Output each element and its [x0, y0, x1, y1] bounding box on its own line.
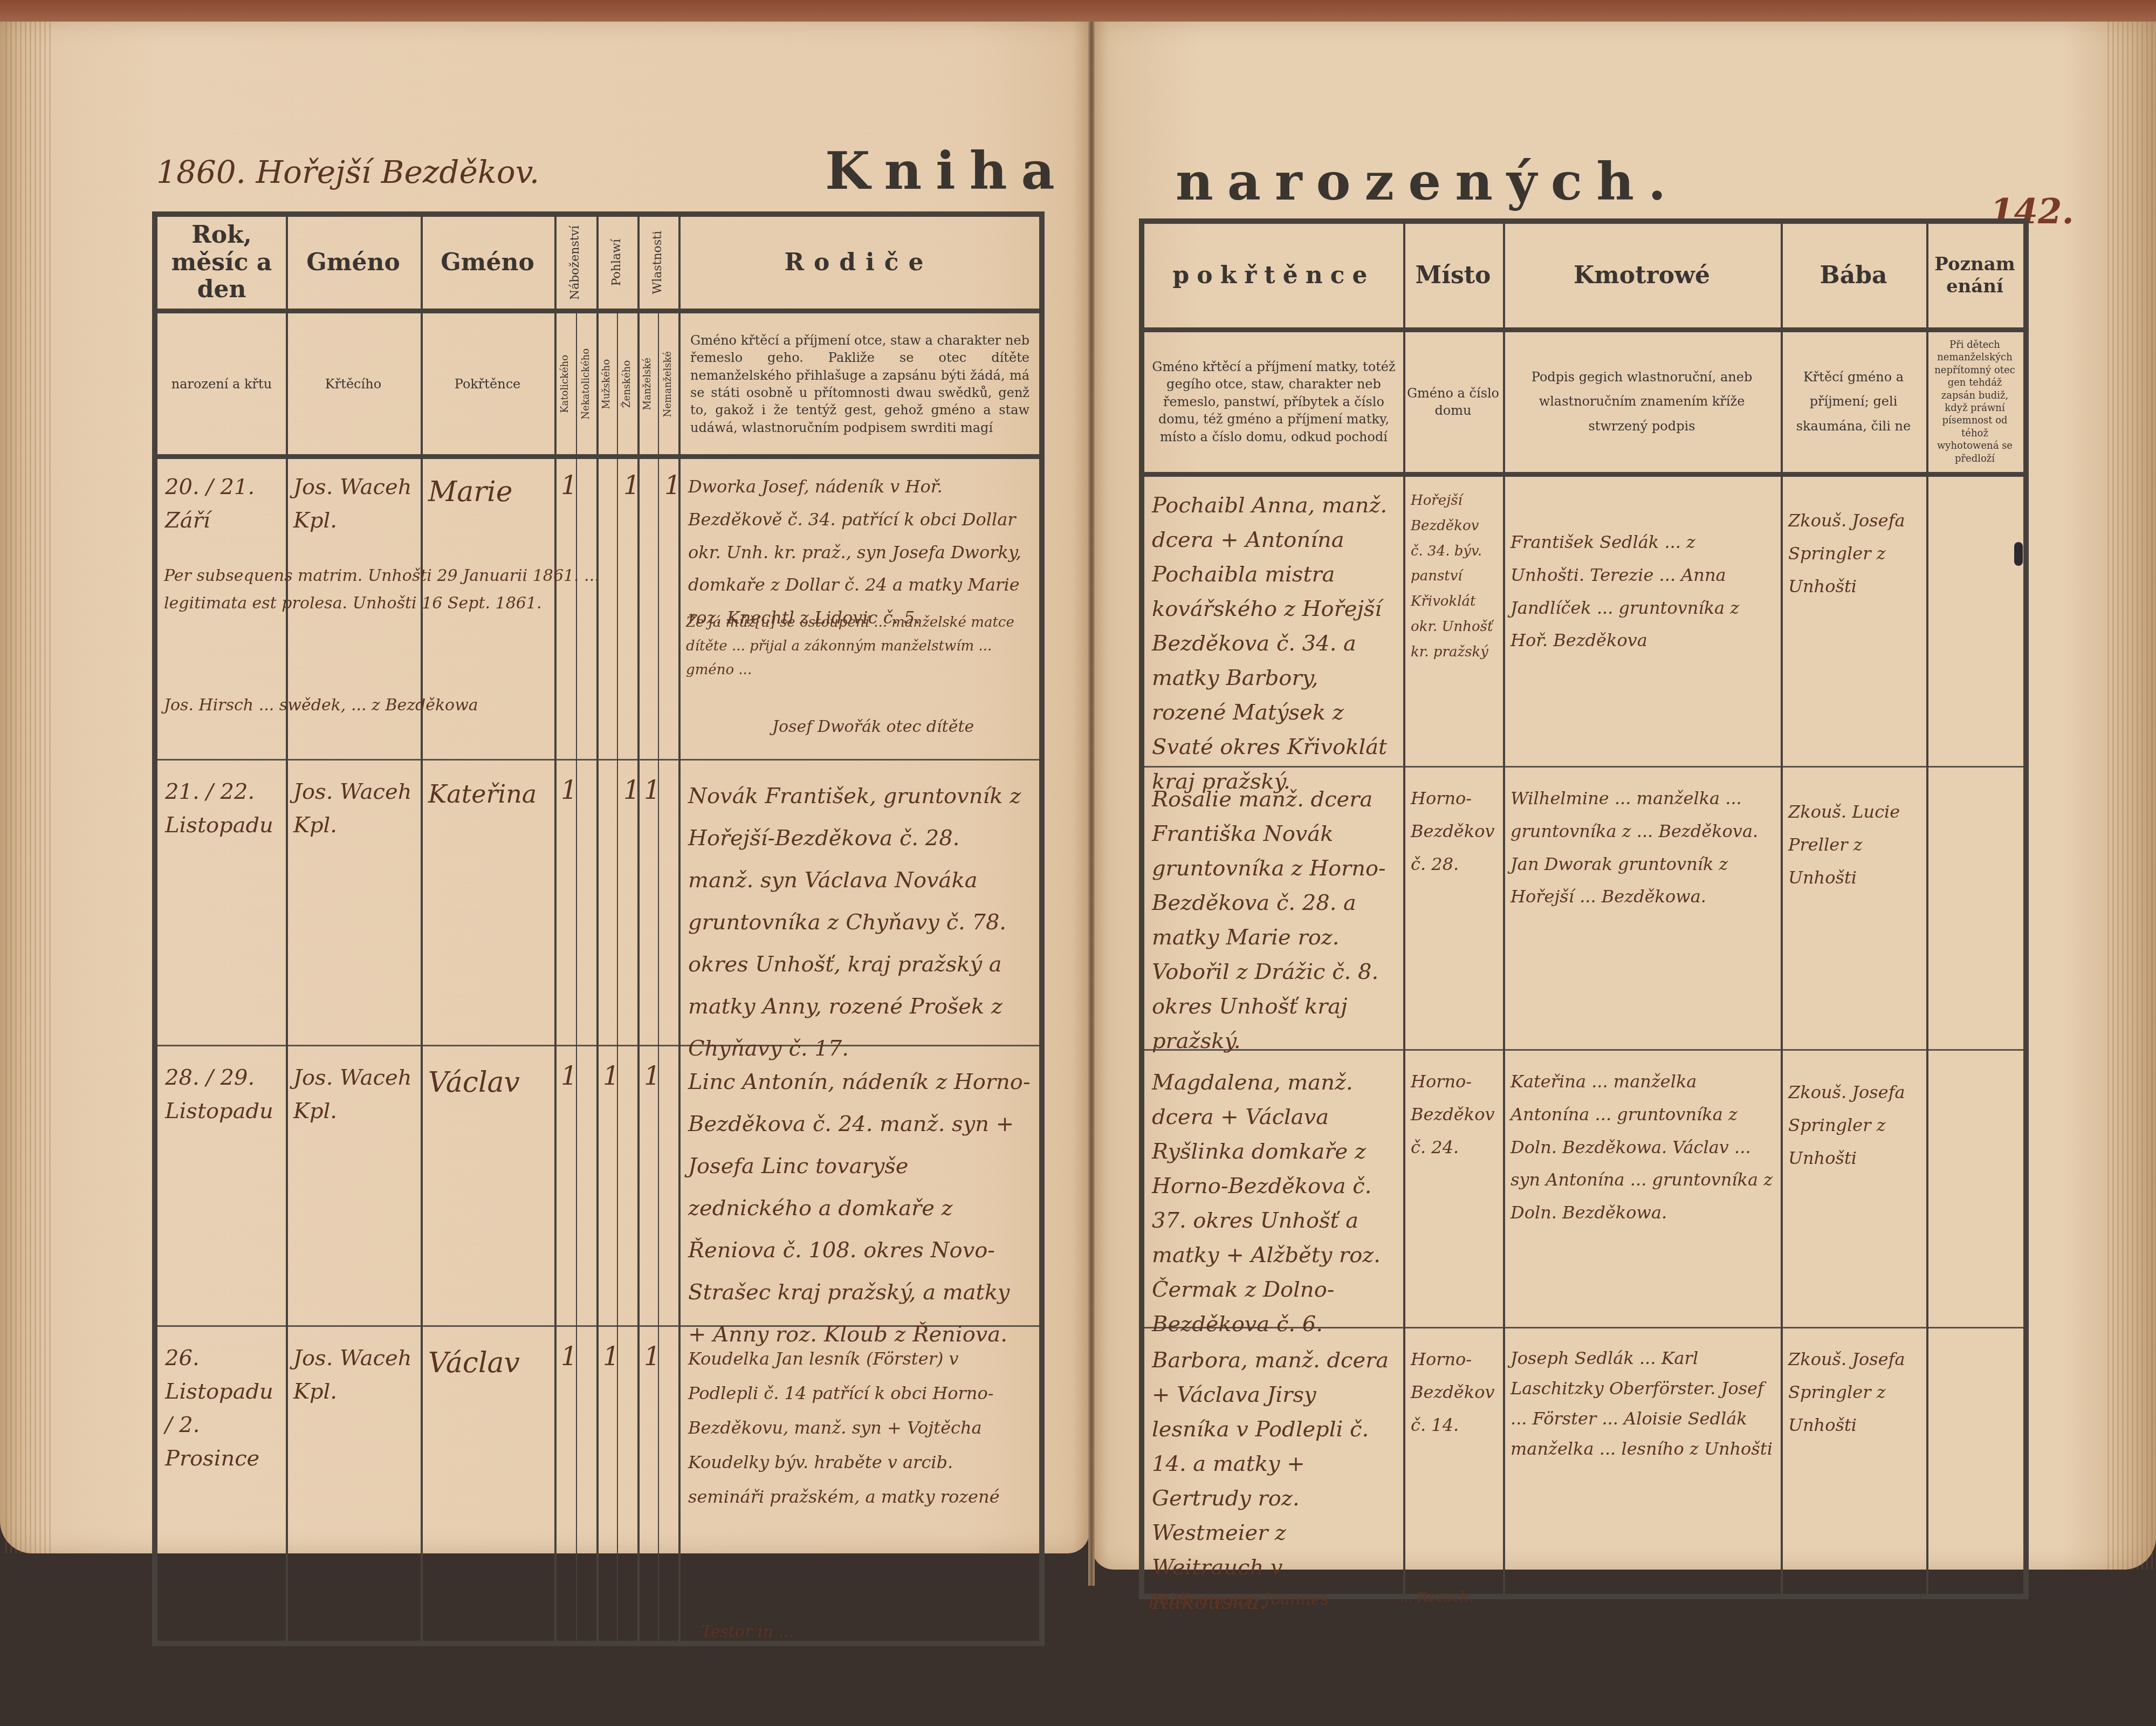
entry-1-father-declaration: Že já můž[u] se ostoupení ... manželské …	[686, 611, 1031, 682]
entry-1-priest: Jos. Waceh Kpl.	[286, 460, 421, 548]
entry-3-midwife: Zkouš. Josefa Springler z Unhošti	[1781, 1065, 1926, 1185]
register-location-header: 1860. Hořejší Bezděkov.	[156, 154, 539, 190]
entry-1-place: Hořejší Bezděkov č. 34. býv. panství Kři…	[1403, 477, 1503, 676]
page-edge-right	[2107, 22, 2156, 1570]
entry-1-godparents: František Sedlák ... z Unhošti. Terezie …	[1503, 515, 1781, 668]
col-divider	[576, 309, 577, 1641]
subheader-parents: Gméno křtěcí a příjmení otce, staw a cha…	[681, 314, 1039, 454]
title-right: narozených.	[1176, 151, 1680, 212]
entry-4-godparents: Joseph Sedlák ... Karl Laschitzky Oberfö…	[1503, 1332, 1781, 1475]
header-legitimacy: Wlastnosti	[637, 217, 678, 309]
col-divider	[658, 309, 659, 1641]
entry-1-remarks	[1926, 477, 2023, 499]
header-mother: pokřtěnce	[1144, 224, 1403, 327]
header-child-name: Gméno	[421, 217, 554, 309]
entry-2-remarks	[1926, 771, 2023, 793]
subheader-legit: Manželské	[637, 314, 658, 454]
entry-2-father: Novák František, gruntovník z Hořejší-Be…	[681, 764, 1039, 1080]
entry-2-priest: Jos. Waceh Kpl.	[286, 764, 421, 853]
entry-1-mother: Pochaibl Anna, manž. dcera + Antonína Po…	[1144, 477, 1403, 810]
entry-1-witnesses: Jos. Hirsch ... swědek, ... z Bezděkowa	[164, 691, 665, 719]
header-sex: Pohlawí	[596, 217, 637, 309]
entry-4-catholic-mark: 1	[561, 1341, 578, 1372]
entry-4-child: Václav	[421, 1331, 554, 1396]
subheader-priest: Křtěcího	[286, 314, 421, 454]
entry-3-date: 28. / 29. Listopadu	[157, 1050, 286, 1139]
entry-4-male-mark: 1	[603, 1341, 620, 1372]
entry-4-midwife: Zkouš. Josefa Springler z Unhošti	[1781, 1332, 1926, 1452]
entry-1-father-signature: Josef Dwořák otec dítěte	[772, 713, 1042, 741]
entry-1-child: Marie	[421, 460, 554, 525]
entry-2-mother: Rosalie manž. dcera Františka Novák grun…	[1144, 771, 1403, 1069]
entry-2-child: Kateřina	[421, 764, 554, 824]
book-spine-gutter	[1088, 22, 1095, 1586]
subheader-female: Ženského	[617, 314, 637, 454]
header-priest-name: Gméno	[286, 217, 421, 309]
page-edge-left	[5, 22, 54, 1553]
entry-4-bottom-note: Testor in ...	[701, 1618, 971, 1646]
subheader-illegit: Nemanželské	[658, 314, 678, 454]
entry-4-place-note: ... Rezoch.	[1399, 1586, 1496, 1609]
entry-3-godparents: Kateřina ... manželka Antonína ... grunt…	[1503, 1054, 1781, 1240]
entry-4-place: Horno-Bezděkov č. 14.	[1403, 1332, 1503, 1452]
entry-4-date: 26. Listopadu / 2. Prosince	[157, 1331, 286, 1486]
entry-3-legit-mark: 1	[644, 1061, 661, 1091]
entry-1-illegit-mark: 1	[664, 470, 681, 501]
entry-2-female-mark: 1	[623, 775, 640, 805]
subheader-place: Gméno a číslo domu	[1403, 332, 1503, 472]
subheader-child: Pokřtěnce	[421, 314, 554, 454]
right-register-table: pokřtěnce Místo Kmotrowé Bába Poznamenán…	[1139, 218, 2029, 1599]
col-divider	[617, 309, 618, 1641]
header-place: Místo	[1403, 224, 1503, 327]
left-register-table: Rok, měsíc a den Gméno Gméno Náboženství…	[152, 211, 1045, 1646]
title-left: Kniha	[825, 140, 1069, 201]
ink-blot	[2014, 542, 2023, 566]
entry-2-place: Horno-Bezděkov č. 28.	[1403, 771, 1503, 891]
entry-2-legit-mark: 1	[644, 775, 661, 805]
entry-2-midwife: Zkouš. Lucie Preller z Unhošti	[1781, 785, 1926, 905]
entry-3-place: Horno-Bezděkov č. 24.	[1403, 1054, 1503, 1174]
entry-1-catholic-mark: 1	[561, 470, 578, 501]
entry-1-date: 20. / 21. Září	[157, 460, 286, 548]
entry-2-godparents: Wilhelmine ... manželka ... gruntovníka …	[1503, 771, 1781, 924]
entry-3-priest: Jos. Waceh Kpl.	[286, 1050, 421, 1139]
entry-1-legitimation-note: Per subsequens matrim. Unhošti 29 Januar…	[164, 562, 665, 617]
subheader-date: narození a křtu	[157, 314, 286, 454]
entry-3-catholic-mark: 1	[561, 1061, 578, 1091]
entry-4-mother-note: publicam ego Joannes	[1149, 1586, 1397, 1613]
header-religion: Náboženství	[554, 217, 596, 309]
subheader-mother: Gméno křtěcí a příjmení matky, totéž geg…	[1144, 332, 1403, 472]
entry-3-mother: Magdalena, manž. dcera + Václava Ryšlink…	[1144, 1054, 1403, 1352]
entry-3-child: Václav	[421, 1050, 554, 1115]
subheader-male: Mužského	[596, 314, 617, 454]
entry-4-priest: Jos. Waceh Kpl.	[286, 1331, 421, 1419]
entry-3-remarks	[1926, 1054, 2023, 1076]
header-parents: Rodiče	[678, 217, 1039, 309]
entry-2-catholic-mark: 1	[561, 775, 578, 805]
header-remarks: Poznamenání	[1926, 224, 2023, 327]
subheader-remarks: Při dětech nemanželských nepřítomný otec…	[1926, 332, 2023, 472]
entry-4-remarks	[1926, 1332, 2023, 1354]
entry-2-date: 21. / 22. Listopadu	[157, 764, 286, 853]
entry-1-midwife: Zkouš. Josefa Springler z Unhošti	[1781, 494, 1926, 613]
subheader-godparents: Podpis gegich wlastnoruční, aneb wlastno…	[1503, 332, 1781, 472]
subheader-catholic: Katolického	[554, 314, 576, 454]
entry-3-male-mark: 1	[603, 1061, 620, 1091]
entry-4-father: Koudelka Jan lesník (Förster) v Podlepli…	[681, 1331, 1039, 1525]
subheader-midwife: Křtěcí gméno a příjmení; geli skaumána, …	[1781, 332, 1926, 472]
header-midwife: Bába	[1781, 224, 1926, 327]
header-date: Rok, měsíc a den	[157, 217, 286, 309]
divider	[1144, 472, 2023, 477]
header-godparents: Kmotrowé	[1503, 224, 1781, 327]
entry-3-father: Linc Antonín, nádeník z Horno-Bezděkova …	[681, 1050, 1039, 1366]
entry-4-legit-mark: 1	[644, 1341, 661, 1372]
subheader-noncatholic: Nekatolického	[576, 314, 596, 454]
entry-1-female-mark: 1	[623, 470, 640, 501]
